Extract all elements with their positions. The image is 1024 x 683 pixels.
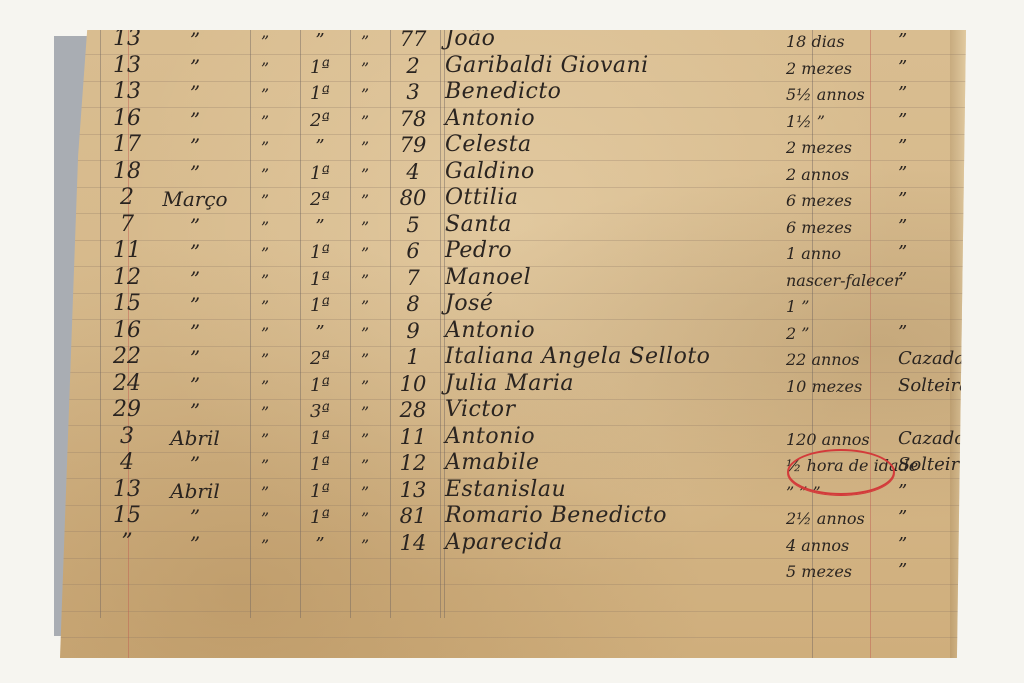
entry-ditto: ” (345, 352, 385, 368)
entry-ditto: ” (345, 34, 385, 50)
entry-age: 10 mezes (786, 379, 862, 395)
ledger-row: 15””1ª”81Romario Benedicto2½ annos” (60, 503, 966, 529)
entry-status: ” (898, 271, 907, 289)
entry-number: 10 (388, 374, 438, 395)
entry-ditto: ” (245, 485, 285, 501)
entry-day: 13 (102, 55, 152, 77)
entry-month: ” (150, 295, 240, 315)
entry-class: 1ª (295, 509, 345, 527)
entry-ditto: ” (345, 140, 385, 156)
entry-month: ” (150, 401, 240, 421)
entry-class: 3ª (295, 403, 345, 421)
entry-ditto: ” (345, 193, 385, 209)
entry-class: 1ª (295, 85, 345, 103)
entry-age: nascer-falecer (786, 273, 902, 289)
entry-age: 1½ ” (786, 114, 825, 130)
ledger-row: 7””””5Santa6 mezes” (60, 212, 966, 238)
entry-month: ” (150, 454, 240, 474)
ledger-row: 22””2ª”1Italiana Angela Selloto22 annosC… (60, 344, 966, 370)
entry-status: ” (898, 218, 907, 236)
entry-age: 2½ annos (786, 511, 865, 527)
entry-day: 2 (102, 187, 152, 209)
entry-class: ” (295, 32, 345, 50)
entry-age: 2 annos (786, 167, 849, 183)
entry-ditto: ” (345, 538, 385, 554)
entry-day: 15 (102, 505, 152, 527)
ledger-row: 29””3ª”28Victor (60, 397, 966, 423)
ledger-row: 17””””79Celesta2 mezes” (60, 132, 966, 158)
entry-ditto: ” (245, 246, 285, 262)
entry-month: ” (150, 375, 240, 395)
entry-class: 1ª (295, 483, 345, 501)
entry-age: 2 mezes (786, 140, 852, 156)
entry-ditto: ” (345, 167, 385, 183)
entry-number: 77 (388, 30, 438, 50)
entry-day: 13 (102, 30, 152, 50)
entry-month: ” (150, 136, 240, 156)
entry-ditto: ” (245, 61, 285, 77)
entry-status: ” (898, 138, 907, 156)
entry-day: 7 (102, 214, 152, 236)
entry-name: Ottilia (445, 187, 518, 209)
entry-class: 2ª (295, 191, 345, 209)
ledger-row: 15””1ª”8José1 ” (60, 291, 966, 317)
entry-ditto: ” (345, 379, 385, 395)
entry-class: ” (295, 536, 345, 554)
entry-ditto: ” (345, 458, 385, 474)
entry-status: ” (898, 536, 907, 554)
entry-month: ” (150, 110, 240, 130)
entry-month: ” (150, 348, 240, 368)
entry-ditto: ” (345, 485, 385, 501)
entry-age: 1 anno (786, 246, 841, 262)
entry-ditto: ” (245, 538, 285, 554)
ledger-row: 18””1ª”4Galdino2 annos” (60, 159, 966, 185)
entry-ditto: ” (245, 273, 285, 289)
entry-name: Pedro (445, 240, 512, 262)
entry-class: 1ª (295, 456, 345, 474)
entry-number: 1 (388, 347, 438, 368)
entry-day: 18 (102, 161, 152, 183)
ruled-line (60, 611, 966, 612)
entry-status: ” (898, 165, 907, 183)
entry-status: ” (898, 483, 907, 501)
entry-ditto: ” (345, 405, 385, 421)
entry-class: 1ª (295, 165, 345, 183)
entry-status: Solteiro (898, 456, 966, 474)
ledger-row: 11””1ª”6Pedro1 anno” (60, 238, 966, 264)
entry-day: 24 (102, 373, 152, 395)
entry-status: ” (898, 85, 907, 103)
ledger-row: 5 mezes” (60, 556, 966, 582)
entry-number: 78 (388, 109, 438, 130)
ruled-line (60, 637, 966, 638)
entry-day: ” (102, 532, 152, 554)
entry-number: 28 (388, 400, 438, 421)
entry-status: ” (898, 191, 907, 209)
entry-day: 11 (102, 240, 152, 262)
entry-status: ” (898, 324, 907, 342)
entry-month: ” (150, 163, 240, 183)
entry-name: Celesta (445, 134, 532, 156)
entry-class: ” (295, 324, 345, 342)
entry-ditto: ” (245, 352, 285, 368)
ledger-row: 24””1ª”10Julia Maria10 mezesSolteira (60, 371, 966, 397)
entry-ditto: ” (345, 61, 385, 77)
entry-ditto: ” (245, 140, 285, 156)
entry-name: Antonio (445, 426, 535, 448)
red-circle-annotation (787, 449, 895, 495)
entry-number: 4 (388, 162, 438, 183)
entry-day: 22 (102, 346, 152, 368)
entry-day: 13 (102, 479, 152, 501)
entry-day: 15 (102, 293, 152, 315)
entry-name: Italiana Angela Selloto (445, 346, 710, 368)
entry-ditto: ” (345, 326, 385, 342)
entry-status: ” (898, 112, 907, 130)
ledger-row: 16””2ª”78Antonio1½ ”” (60, 106, 966, 132)
entry-name: Amabile (445, 452, 540, 474)
entry-status: ” (898, 509, 907, 527)
entry-status: ” (898, 32, 907, 50)
ledger-row: 2Março”2ª”80Ottilia6 mezes” (60, 185, 966, 211)
entry-month: Abril (150, 428, 240, 448)
entry-ditto: ” (245, 299, 285, 315)
entry-number: 12 (388, 453, 438, 474)
entry-number: 81 (388, 506, 438, 527)
entry-name: João (445, 30, 495, 50)
entry-ditto: ” (345, 273, 385, 289)
entry-age: 5 mezes (786, 564, 852, 580)
entry-number: 5 (388, 215, 438, 236)
ledger-row: ”””””14Aparecida4 annos” (60, 530, 966, 556)
entry-class: 1ª (295, 59, 345, 77)
entry-number: 13 (388, 480, 438, 501)
entry-month: ” (150, 269, 240, 289)
entry-status: Solteira (898, 377, 966, 395)
entry-month: ” (150, 30, 240, 50)
entry-name: José (445, 293, 493, 315)
ledger-row: 16””””9Antonio2 ”” (60, 318, 966, 344)
entry-class: ” (295, 218, 345, 236)
entry-ditto: ” (245, 114, 285, 130)
entry-ditto: ” (245, 167, 285, 183)
entry-number: 7 (388, 268, 438, 289)
entry-ditto: ” (245, 220, 285, 236)
entry-name: Victor (445, 399, 515, 421)
ledger-row: 12””1ª”7Manoelnascer-falecer” (60, 265, 966, 291)
entry-number: 2 (388, 56, 438, 77)
entry-ditto: ” (345, 220, 385, 236)
entry-day: 12 (102, 267, 152, 289)
entry-name: Antonio (445, 108, 535, 130)
entry-number: 14 (388, 533, 438, 554)
entry-number: 8 (388, 294, 438, 315)
entry-number: 11 (388, 427, 438, 448)
entry-name: Julia Maria (445, 373, 574, 395)
entry-ditto: ” (245, 405, 285, 421)
entry-month: ” (150, 322, 240, 342)
entry-day: 17 (102, 134, 152, 156)
entry-ditto: ” (345, 299, 385, 315)
entry-name: Santa (445, 214, 512, 236)
entry-age: 5½ annos (786, 87, 865, 103)
entry-status: Cazado (898, 430, 965, 448)
entry-class: 1ª (295, 244, 345, 262)
entry-month: ” (150, 57, 240, 77)
entry-number: 9 (388, 321, 438, 342)
entry-month: ” (150, 83, 240, 103)
entry-month: ” (150, 242, 240, 262)
entry-class: 1ª (295, 271, 345, 289)
entry-month: ” (150, 507, 240, 527)
entry-day: 13 (102, 81, 152, 103)
ledger-row: 13””1ª”3Benedicto5½ annos” (60, 79, 966, 105)
entry-ditto: ” (345, 511, 385, 527)
entry-ditto: ” (345, 432, 385, 448)
entry-class: 1ª (295, 430, 345, 448)
ledger-row: 3Abril”1ª”11Antonio120 annosCazado (60, 424, 966, 450)
entry-name: Garibaldi Giovani (445, 55, 649, 77)
entry-month: ” (150, 534, 240, 554)
entry-age: 2 ” (786, 326, 809, 342)
entry-day: 4 (102, 452, 152, 474)
entry-ditto: ” (245, 458, 285, 474)
entry-ditto: ” (245, 511, 285, 527)
entry-class: 1ª (295, 297, 345, 315)
entry-name: Antonio (445, 320, 535, 342)
entry-age: 4 annos (786, 538, 849, 554)
entry-number: 3 (388, 82, 438, 103)
ledger-row: 13””””77João18 dias” (60, 30, 966, 52)
entry-ditto: ” (345, 114, 385, 130)
entry-ditto: ” (245, 34, 285, 50)
entry-class: ” (295, 138, 345, 156)
entry-name: Manoel (445, 267, 531, 289)
entry-age: 120 annos (786, 432, 870, 448)
entry-class: 2ª (295, 350, 345, 368)
entry-name: Galdino (445, 161, 535, 183)
entry-day: 16 (102, 108, 152, 130)
entry-name: Estanislau (445, 479, 566, 501)
entry-age: 2 mezes (786, 61, 852, 77)
entry-age: 6 mezes (786, 220, 852, 236)
entry-month: Abril (150, 481, 240, 501)
entry-class: 1ª (295, 377, 345, 395)
entry-day: 16 (102, 320, 152, 342)
entry-ditto: ” (345, 87, 385, 103)
entry-age: 1 ” (786, 299, 809, 315)
entry-number: 79 (388, 135, 438, 156)
entry-day: 29 (102, 399, 152, 421)
entry-name: Benedicto (445, 81, 561, 103)
entry-name: Aparecida (445, 532, 563, 554)
entry-ditto: ” (245, 432, 285, 448)
entry-status: ” (898, 562, 907, 580)
entry-number: 80 (388, 188, 438, 209)
entry-name: Romario Benedicto (445, 505, 667, 527)
entry-ditto: ” (245, 379, 285, 395)
ruled-line (60, 584, 966, 585)
entry-class: 2ª (295, 112, 345, 130)
entry-ditto: ” (245, 87, 285, 103)
entry-number: 6 (388, 241, 438, 262)
entry-status: ” (898, 244, 907, 262)
entry-age: 18 dias (786, 34, 845, 50)
entry-month: ” (150, 216, 240, 236)
entry-month: Março (150, 189, 240, 209)
ledger-page: 13””””77João18 dias”13””1ª”2Garibaldi Gi… (60, 30, 966, 658)
entry-day: 3 (102, 426, 152, 448)
entry-status: Cazada (898, 350, 965, 368)
entry-ditto: ” (245, 326, 285, 342)
entry-status: ” (898, 59, 907, 77)
ledger-row: 13””1ª”2Garibaldi Giovani2 mezes” (60, 53, 966, 79)
entry-age: 22 annos (786, 352, 859, 368)
entry-ditto: ” (345, 246, 385, 262)
entry-age: 6 mezes (786, 193, 852, 209)
entry-ditto: ” (245, 193, 285, 209)
